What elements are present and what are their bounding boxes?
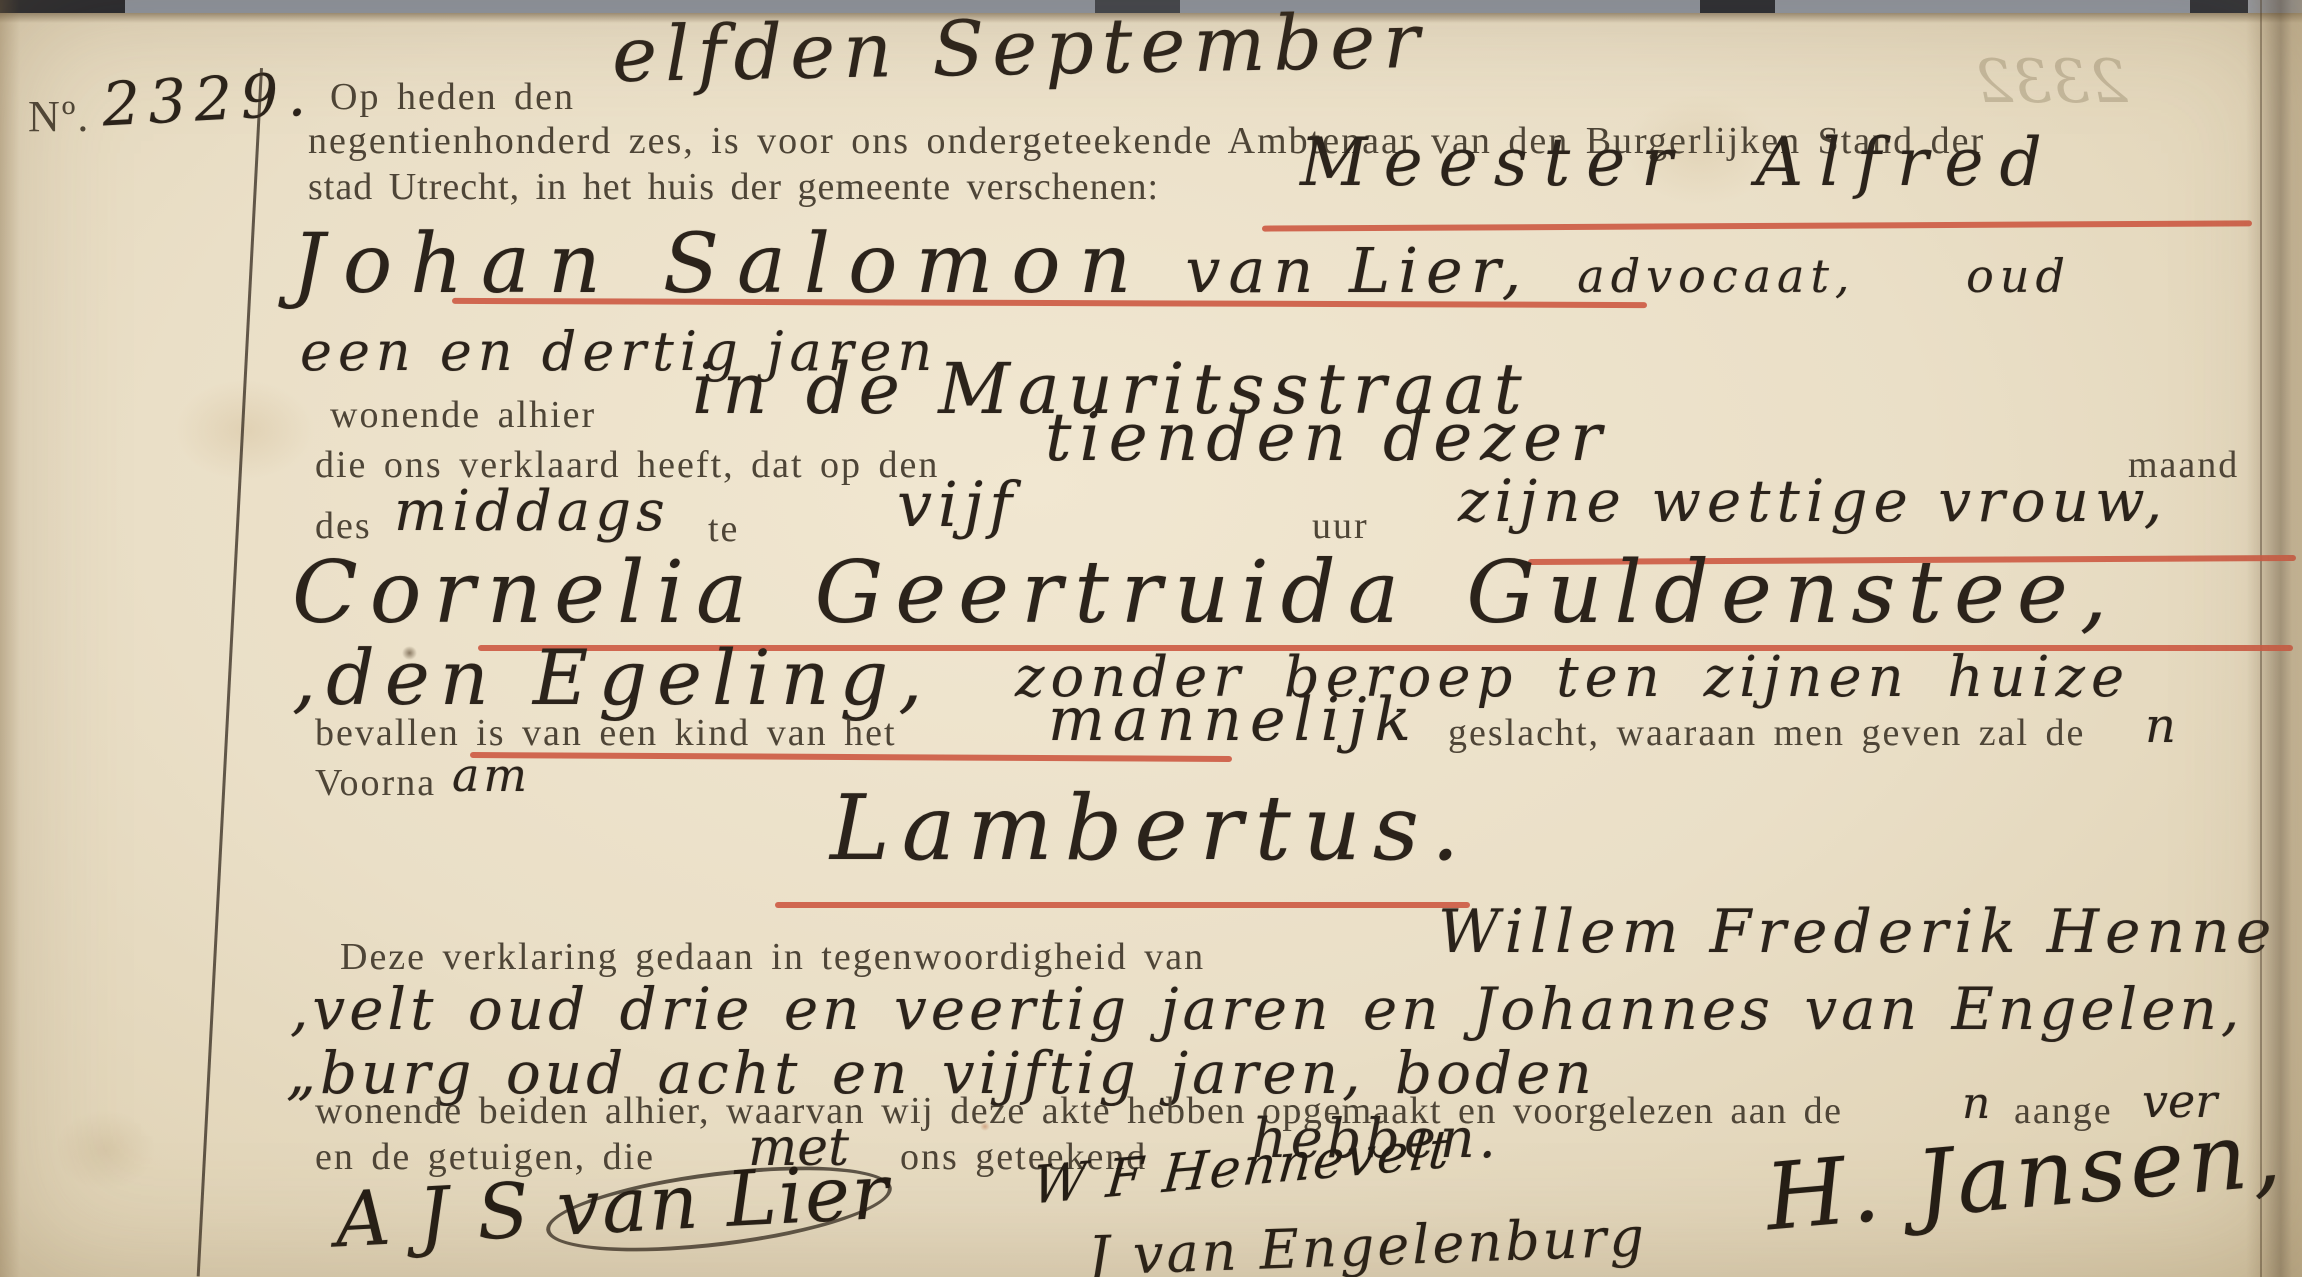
handwritten-gender: mannelijk (1048, 690, 1419, 750)
printed-voorna: Voorna (315, 764, 436, 802)
printed-op-heden-den: Op heden den (330, 78, 575, 116)
handwritten-declarant-profession: advocaat, oud (1577, 249, 2071, 303)
line-declarant-name: Johan Salomonvan Lier,advocaat, oud (292, 224, 2071, 306)
bleedthrough-act-number: 2332 (1975, 52, 2128, 112)
handwritten-birth-day: tienden dezer (1045, 405, 1610, 471)
handwritten-child-name: Lambertus. (830, 784, 1472, 874)
handwritten-suffix-n: n (2145, 702, 2176, 750)
printed-wonende-alhier: wonende alhier (330, 396, 596, 434)
printed-verklaring-line: Deze verklaring gedaan in tegenwoordighe… (340, 938, 1205, 976)
printed-geslacht-line: geslacht, waaraan men geven zal de (1448, 714, 2085, 752)
handwritten-mother-name-2: ,den Egeling, (292, 640, 932, 716)
handwritten-mother-name-1: Cornelia Geertruida Guldenstee, (292, 550, 2119, 636)
handwritten-declarant-surname: van Lier, (1185, 234, 1529, 307)
handwritten-date: elfden September (611, 3, 1428, 93)
birth-certificate-scan: 2332 Nº. 2329. Op heden den elfden Septe… (0, 0, 2302, 1277)
handwritten-day-part: middags (394, 484, 670, 540)
handwritten-hour: vijf (897, 474, 1018, 536)
handwritten-wife-intro: zijne wettige vrouw, (1458, 472, 2168, 530)
page-fold-right (2246, 0, 2302, 1277)
handwritten-suffix-am: am (452, 752, 531, 798)
handwritten-suffix-n2: n (1962, 1082, 1990, 1126)
handwritten-witness1-name: Willem Frederik Henne (1438, 902, 2277, 962)
printed-uur: uur (1312, 507, 1369, 545)
page-fold-crease (2260, 0, 2262, 1277)
page-left-edge-shade (0, 0, 20, 1277)
act-number-value: 2329. (101, 64, 316, 135)
act-number-label: Nº. (28, 95, 90, 139)
handwritten-declarant-title: Meester Alfred (1300, 130, 2058, 196)
signature-witness2: J van Engelenburg (1087, 1210, 1647, 1277)
red-underline-child-name (775, 902, 1470, 908)
printed-city-line: stad Utrecht, in het huis der gemeente v… (308, 168, 1159, 206)
handwritten-witnesses-line2: ,velt oud drie en veertig jaren en Johan… (290, 980, 2243, 1038)
printed-wonende-line: wonende beiden alhier, waarvan wij deze … (315, 1092, 1843, 1130)
printed-bevallen-line: bevallen is van een kind van het (315, 714, 897, 752)
handwritten-declarant-firstnames: Johan Salomon (292, 217, 1149, 312)
margin-rule (197, 68, 263, 1276)
paper-stain (55, 1110, 155, 1190)
printed-des: des (315, 507, 372, 545)
